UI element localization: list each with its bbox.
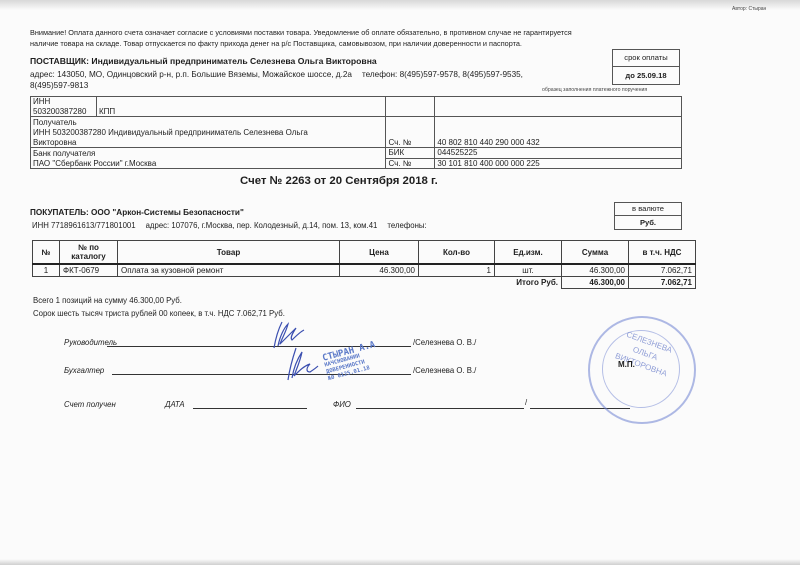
scan-edge-top: [0, 0, 800, 10]
currency-box: в валюте Руб.: [614, 202, 682, 230]
summary-amount-words: Сорок шесть тысяч триста рублей 00 копее…: [33, 309, 285, 318]
currency-value: Руб.: [615, 216, 681, 229]
supplier-phones-cont: 8(495)597-9813: [30, 80, 523, 91]
currency-label: в валюте: [615, 203, 681, 216]
buyer-address: адрес: 107076, г.Москва, пер. Колодезный…: [146, 221, 378, 230]
buyer-title: ПОКУПАТЕЛЬ: ООО "Аркон-Системы Безопасно…: [30, 208, 244, 217]
supplier-address: адрес: 143050, МО, Одинцовский р-н, р.п.…: [30, 70, 352, 79]
date-label: ДАТА: [165, 400, 185, 409]
row-unit: шт.: [495, 264, 562, 277]
date-line: [193, 408, 307, 409]
fio-line: [356, 408, 524, 409]
col-header-catalog: № по каталогу: [60, 241, 118, 265]
corr-account-label: Сч. №: [386, 158, 435, 169]
items-table: № № по каталогу Товар Цена Кол-во Ед.изм…: [32, 240, 696, 289]
account-number: 40 802 810 440 290 000 432: [435, 117, 682, 148]
table-row: 1 ФКТ-0679 Оплата за кузовной ремонт 46.…: [33, 264, 696, 277]
invoice-title: Счет № 2263 от 20 Сентября 2018 г.: [240, 175, 438, 187]
recipient-name: ИНН 503200387280 Индивидуальный предприн…: [33, 128, 383, 138]
recipient-name-cont: Викторовна: [33, 138, 383, 148]
col-header-qty: Кол-во: [419, 241, 495, 265]
bik-value: 044525225: [435, 148, 682, 159]
author-note: Автор: Стыран: [732, 6, 766, 12]
total-label: Итого Руб.: [495, 277, 562, 289]
col-header-price: Цена: [340, 241, 419, 265]
items-header-row: № № по каталогу Товар Цена Кол-во Ед.изм…: [33, 241, 696, 265]
supplier-address-block: адрес: 143050, МО, Одинцовский р-н, р.п.…: [30, 69, 523, 91]
buyer-phones: телефоны:: [387, 221, 426, 230]
col-header-sum: Сумма: [562, 241, 629, 265]
row-catalog: ФКТ-0679: [60, 264, 118, 277]
director-name: /Селезнева О. В./: [413, 338, 476, 347]
warning-line-1: Внимание! Оплата данного счета означает …: [30, 28, 572, 39]
bank-details-table: ИНН 503200387280 КПП Получатель ИНН 5032…: [30, 96, 682, 169]
col-header-unit: Ед.изм.: [495, 241, 562, 265]
total-row: Итого Руб. 46.300,00 7.062,71: [33, 277, 696, 289]
due-date: до 25.09.18: [613, 67, 679, 84]
accountant-signature-line: [112, 374, 411, 375]
seal-place-label: М.П.: [618, 360, 635, 369]
summary-positions: Всего 1 позиций на сумму 46.300,00 Руб.: [33, 296, 182, 305]
accountant-name: /Селезнева О. В./: [413, 366, 476, 375]
bank-cell: Банк получателя ПАО "Сбербанк России" г.…: [31, 148, 386, 169]
accountant-signature: [280, 344, 320, 384]
row-qty: 1: [419, 264, 495, 277]
scan-edge-bottom: [0, 559, 800, 565]
supplier-phones: телефон: 8(495)597-9578, 8(495)597-9535,: [362, 70, 523, 79]
supplier-kpp: КПП: [96, 97, 385, 117]
due-label: срок оплаты: [613, 50, 679, 67]
corr-account-number: 30 101 810 400 000 000 225: [435, 158, 682, 169]
supplier-inn: ИНН 503200387280: [31, 97, 97, 117]
row-vat: 7.062,71: [629, 264, 696, 277]
row-price: 46.300,00: [340, 264, 419, 277]
supplier-title: ПОСТАВЩИК: Индивидуальный предпринимател…: [30, 56, 377, 66]
company-seal: СЕЛЕЗНЕВА ОЛЬГА ВИКТОРОВНА: [588, 316, 696, 424]
total-sum: 46.300,00: [562, 277, 629, 289]
proxy-stamp: СТЫРАН А.А НАЧСНОВАНИИ ДОВЕРЕННОСТИ №0 0…: [322, 342, 382, 383]
bik-label: БИК: [386, 148, 435, 159]
col-header-vat: в т.ч. НДС: [629, 241, 696, 265]
payment-due-box: срок оплаты до 25.09.18: [612, 49, 680, 85]
total-vat: 7.062,71: [629, 277, 696, 289]
col-header-number: №: [33, 241, 60, 265]
buyer-details: ИНН 7718961613/771801001адрес: 107076, г…: [32, 221, 427, 230]
col-header-product: Товар: [118, 241, 340, 265]
bank-label: Банк получателя: [33, 149, 383, 159]
recipient-cell: Получатель ИНН 503200387280 Индивидуальн…: [31, 117, 386, 148]
row-product: Оплата за кузовной ремонт: [118, 264, 340, 277]
buyer-inn: ИНН 7718961613/771801001: [32, 221, 136, 230]
bank-name: ПАО "Сбербанк России" г.Москва: [33, 159, 383, 169]
warning-line-2: наличие товара на складе. Товар отпускае…: [30, 39, 572, 50]
row-sum: 46.300,00: [562, 264, 629, 277]
account-label: Сч. №: [386, 117, 435, 148]
accountant-label: Бухгалтер: [64, 366, 104, 375]
payment-sample-note: образец заполнения платежного поручения: [542, 87, 647, 93]
recipient-label: Получатель: [33, 118, 383, 128]
fio-label: ФИО: [333, 400, 351, 409]
payment-warning: Внимание! Оплата данного счета означает …: [30, 28, 572, 49]
fio-slash: /: [525, 398, 527, 407]
row-number: 1: [33, 264, 60, 277]
received-label: Счет получен: [64, 400, 116, 409]
